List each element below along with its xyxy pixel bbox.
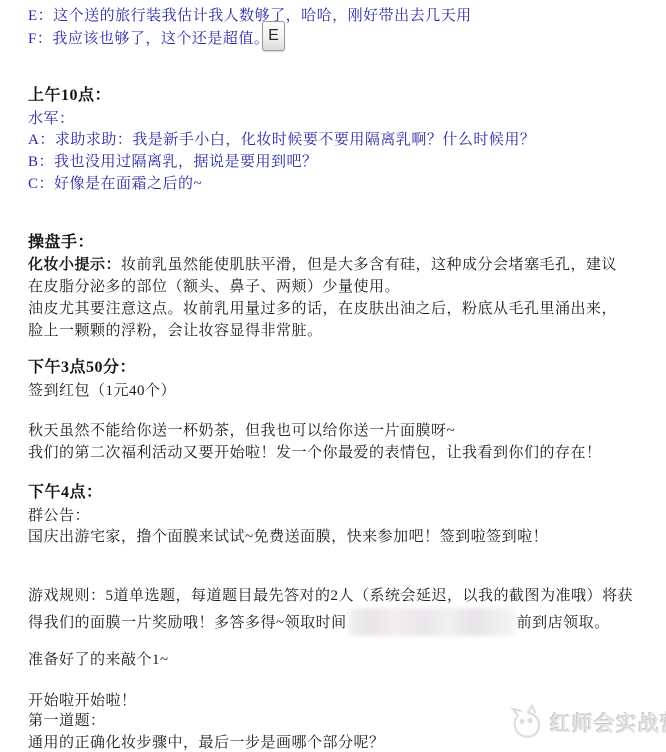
watermark-logo-icon <box>508 704 544 742</box>
watermark: 红师会实战营 <box>508 704 666 742</box>
makeup-tip-line1: 化妆小提示：妆前乳虽然能使肌肤平滑，但是大多含有硅，这种成分会堵塞毛孔，建议 <box>28 255 617 275</box>
group-announce-text: 国庆出游宅家，撸个面膜来试试~免费送面膜，快来参加吧！签到啦签到啦！ <box>28 527 548 547</box>
heading-350pm: 下午3点50分： <box>28 358 136 378</box>
makeup-tip-text: 妆前乳虽然能使肌肤平滑，但是大多含有硅，这种成分会堵塞毛孔，建议 <box>121 257 617 273</box>
watermark-text: 红师会实战营 <box>550 708 666 738</box>
game-rules-line2-pre: 得我们的面膜一片奖励哦！多答多得~领取时间 <box>28 615 347 631</box>
dialogue-line-b: B：我也没用过隔离乳，据说是要用到吧？ <box>28 152 318 172</box>
autumn-line: 秋天虽然不能给你送一杯奶茶，但我也可以给你送一片面膜呀~ <box>28 421 455 441</box>
oily-skin-line1: 油皮尤其要注意这点。妆前乳用量过多的话，在皮肤出油之后，粉底从毛孔里涌出来， <box>28 299 617 319</box>
heading-4pm: 下午4点： <box>28 483 103 503</box>
ready-line: 准备好了的来敲个1~ <box>28 650 169 670</box>
dialogue-line-e: E：这个送的旅行装我估计我人数够了，哈哈，刚好带出去几天用 <box>28 6 472 26</box>
redacted-time-blur <box>348 608 516 636</box>
heading-operator: 操盘手： <box>28 233 94 253</box>
question1-label: 第一道题： <box>28 711 106 731</box>
group-announce-label: 群公告： <box>28 506 90 526</box>
dialogue-line-f: F：我应该也够了，这个还是超值。 <box>28 29 269 49</box>
start-line: 开始啦开始啦！ <box>28 691 137 711</box>
makeup-tip-label: 化妆小提示： <box>28 257 121 273</box>
dialogue-line-c: C：好像是在面霜之后的~ <box>28 174 202 194</box>
welfare-line: 我们的第二次福利活动又要开始啦！发一个你最爱的表情包，让我看到你们的存在！ <box>28 443 602 463</box>
game-rules-line2-post: 前到店领取。 <box>517 615 610 631</box>
redpacket-line: 签到红包（1元40个） <box>28 381 176 401</box>
oily-skin-line2: 脸上一颗颗的浮粉，会让妆容显得非常脏。 <box>28 321 323 341</box>
document-page: E：这个送的旅行装我估计我人数够了，哈哈，刚好带出去几天用 F：我应该也够了，这… <box>0 0 666 752</box>
game-rules-line1: 游戏规则：5道单选题，每道题目最先答对的2人（系统会延迟，以我的截图为准哦）将获 <box>28 586 633 606</box>
dialogue-line-a: A：求助求助：我是新手小白，化妆时候要不要用隔离乳啊？什么时候用？ <box>28 130 535 150</box>
question1-text: 通用的正确化妆步骤中，最后一步是画哪个部分呢？ <box>28 733 385 752</box>
heading-10am: 上午10点： <box>28 86 111 106</box>
input-method-e-badge[interactable]: E <box>262 21 285 51</box>
makeup-tip-line2: 在皮脂分泌多的部位（额头、鼻子、两颊）少量使用。 <box>28 277 400 297</box>
game-rules-line2: 得我们的面膜一片奖励哦！多答多得~领取时间前到店领取。 <box>28 608 610 636</box>
shuijun-label: 水军： <box>28 109 75 129</box>
